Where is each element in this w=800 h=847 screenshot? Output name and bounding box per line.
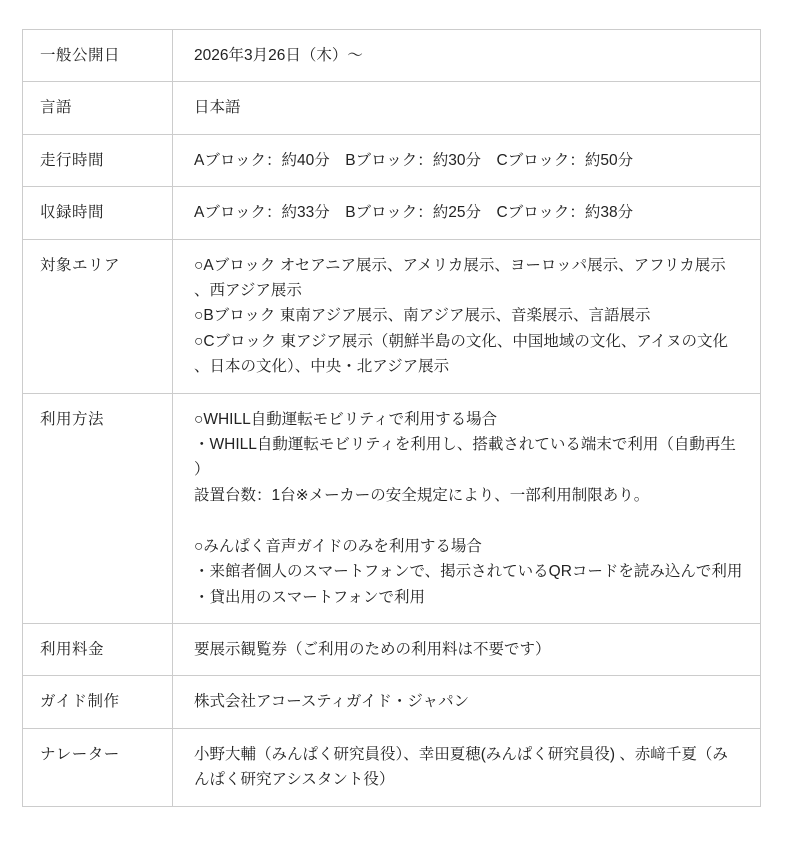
row-label: 言語 xyxy=(23,82,173,134)
row-value: Aブロック：約33分 Bブロック：約25分 Cブロック：約38分 xyxy=(173,187,761,239)
row-label: 一般公開日 xyxy=(23,30,173,82)
row-label: ガイド制作 xyxy=(23,676,173,728)
row-value: ○WHILL自動運転モビリティで利用する場合 ・WHILL自動運転モビリティを利… xyxy=(173,393,761,623)
row-value: ○Aブロック オセアニア展示、アメリカ展示、ヨーロッパ展示、アフリカ展示 、西ア… xyxy=(173,239,761,393)
table-row-travel-time: 走行時間 Aブロック：約40分 Bブロック：約30分 Cブロック：約50分 xyxy=(23,134,761,186)
row-label: 走行時間 xyxy=(23,134,173,186)
row-value: 株式会社アコースティガイド・ジャパン xyxy=(173,676,761,728)
row-label: 利用方法 xyxy=(23,393,173,623)
table-row-target-area: 対象エリア ○Aブロック オセアニア展示、アメリカ展示、ヨーロッパ展示、アフリカ… xyxy=(23,239,761,393)
row-value: 要展示観覧券（ご利用のための利用料は不要です） xyxy=(173,623,761,675)
table-row-language: 言語 日本語 xyxy=(23,82,761,134)
row-label: ナレーター xyxy=(23,728,173,806)
row-label: 利用料金 xyxy=(23,623,173,675)
spec-table-body: 一般公開日 2026年3月26日（木）～ 言語 日本語 走行時間 Aブロック：約… xyxy=(23,30,761,807)
row-value: 2026年3月26日（木）～ xyxy=(173,30,761,82)
spec-table: 一般公開日 2026年3月26日（木）～ 言語 日本語 走行時間 Aブロック：約… xyxy=(22,29,761,807)
table-row-release-date: 一般公開日 2026年3月26日（木）～ xyxy=(23,30,761,82)
table-row-guide-production: ガイド制作 株式会社アコースティガイド・ジャパン xyxy=(23,676,761,728)
row-label: 収録時間 xyxy=(23,187,173,239)
table-row-usage-fee: 利用料金 要展示観覧券（ご利用のための利用料は不要です） xyxy=(23,623,761,675)
table-row-recording-time: 収録時間 Aブロック：約33分 Bブロック：約25分 Cブロック：約38分 xyxy=(23,187,761,239)
row-value: 日本語 xyxy=(173,82,761,134)
row-label: 対象エリア xyxy=(23,239,173,393)
row-value: Aブロック：約40分 Bブロック：約30分 Cブロック：約50分 xyxy=(173,134,761,186)
table-row-usage-method: 利用方法 ○WHILL自動運転モビリティで利用する場合 ・WHILL自動運転モビ… xyxy=(23,393,761,623)
row-value: 小野大輔（みんぱく研究員役）、幸田夏穂(みんぱく研究員役) 、赤﨑千夏（み んぱ… xyxy=(173,728,761,806)
table-row-narrator: ナレーター 小野大輔（みんぱく研究員役）、幸田夏穂(みんぱく研究員役) 、赤﨑千… xyxy=(23,728,761,806)
